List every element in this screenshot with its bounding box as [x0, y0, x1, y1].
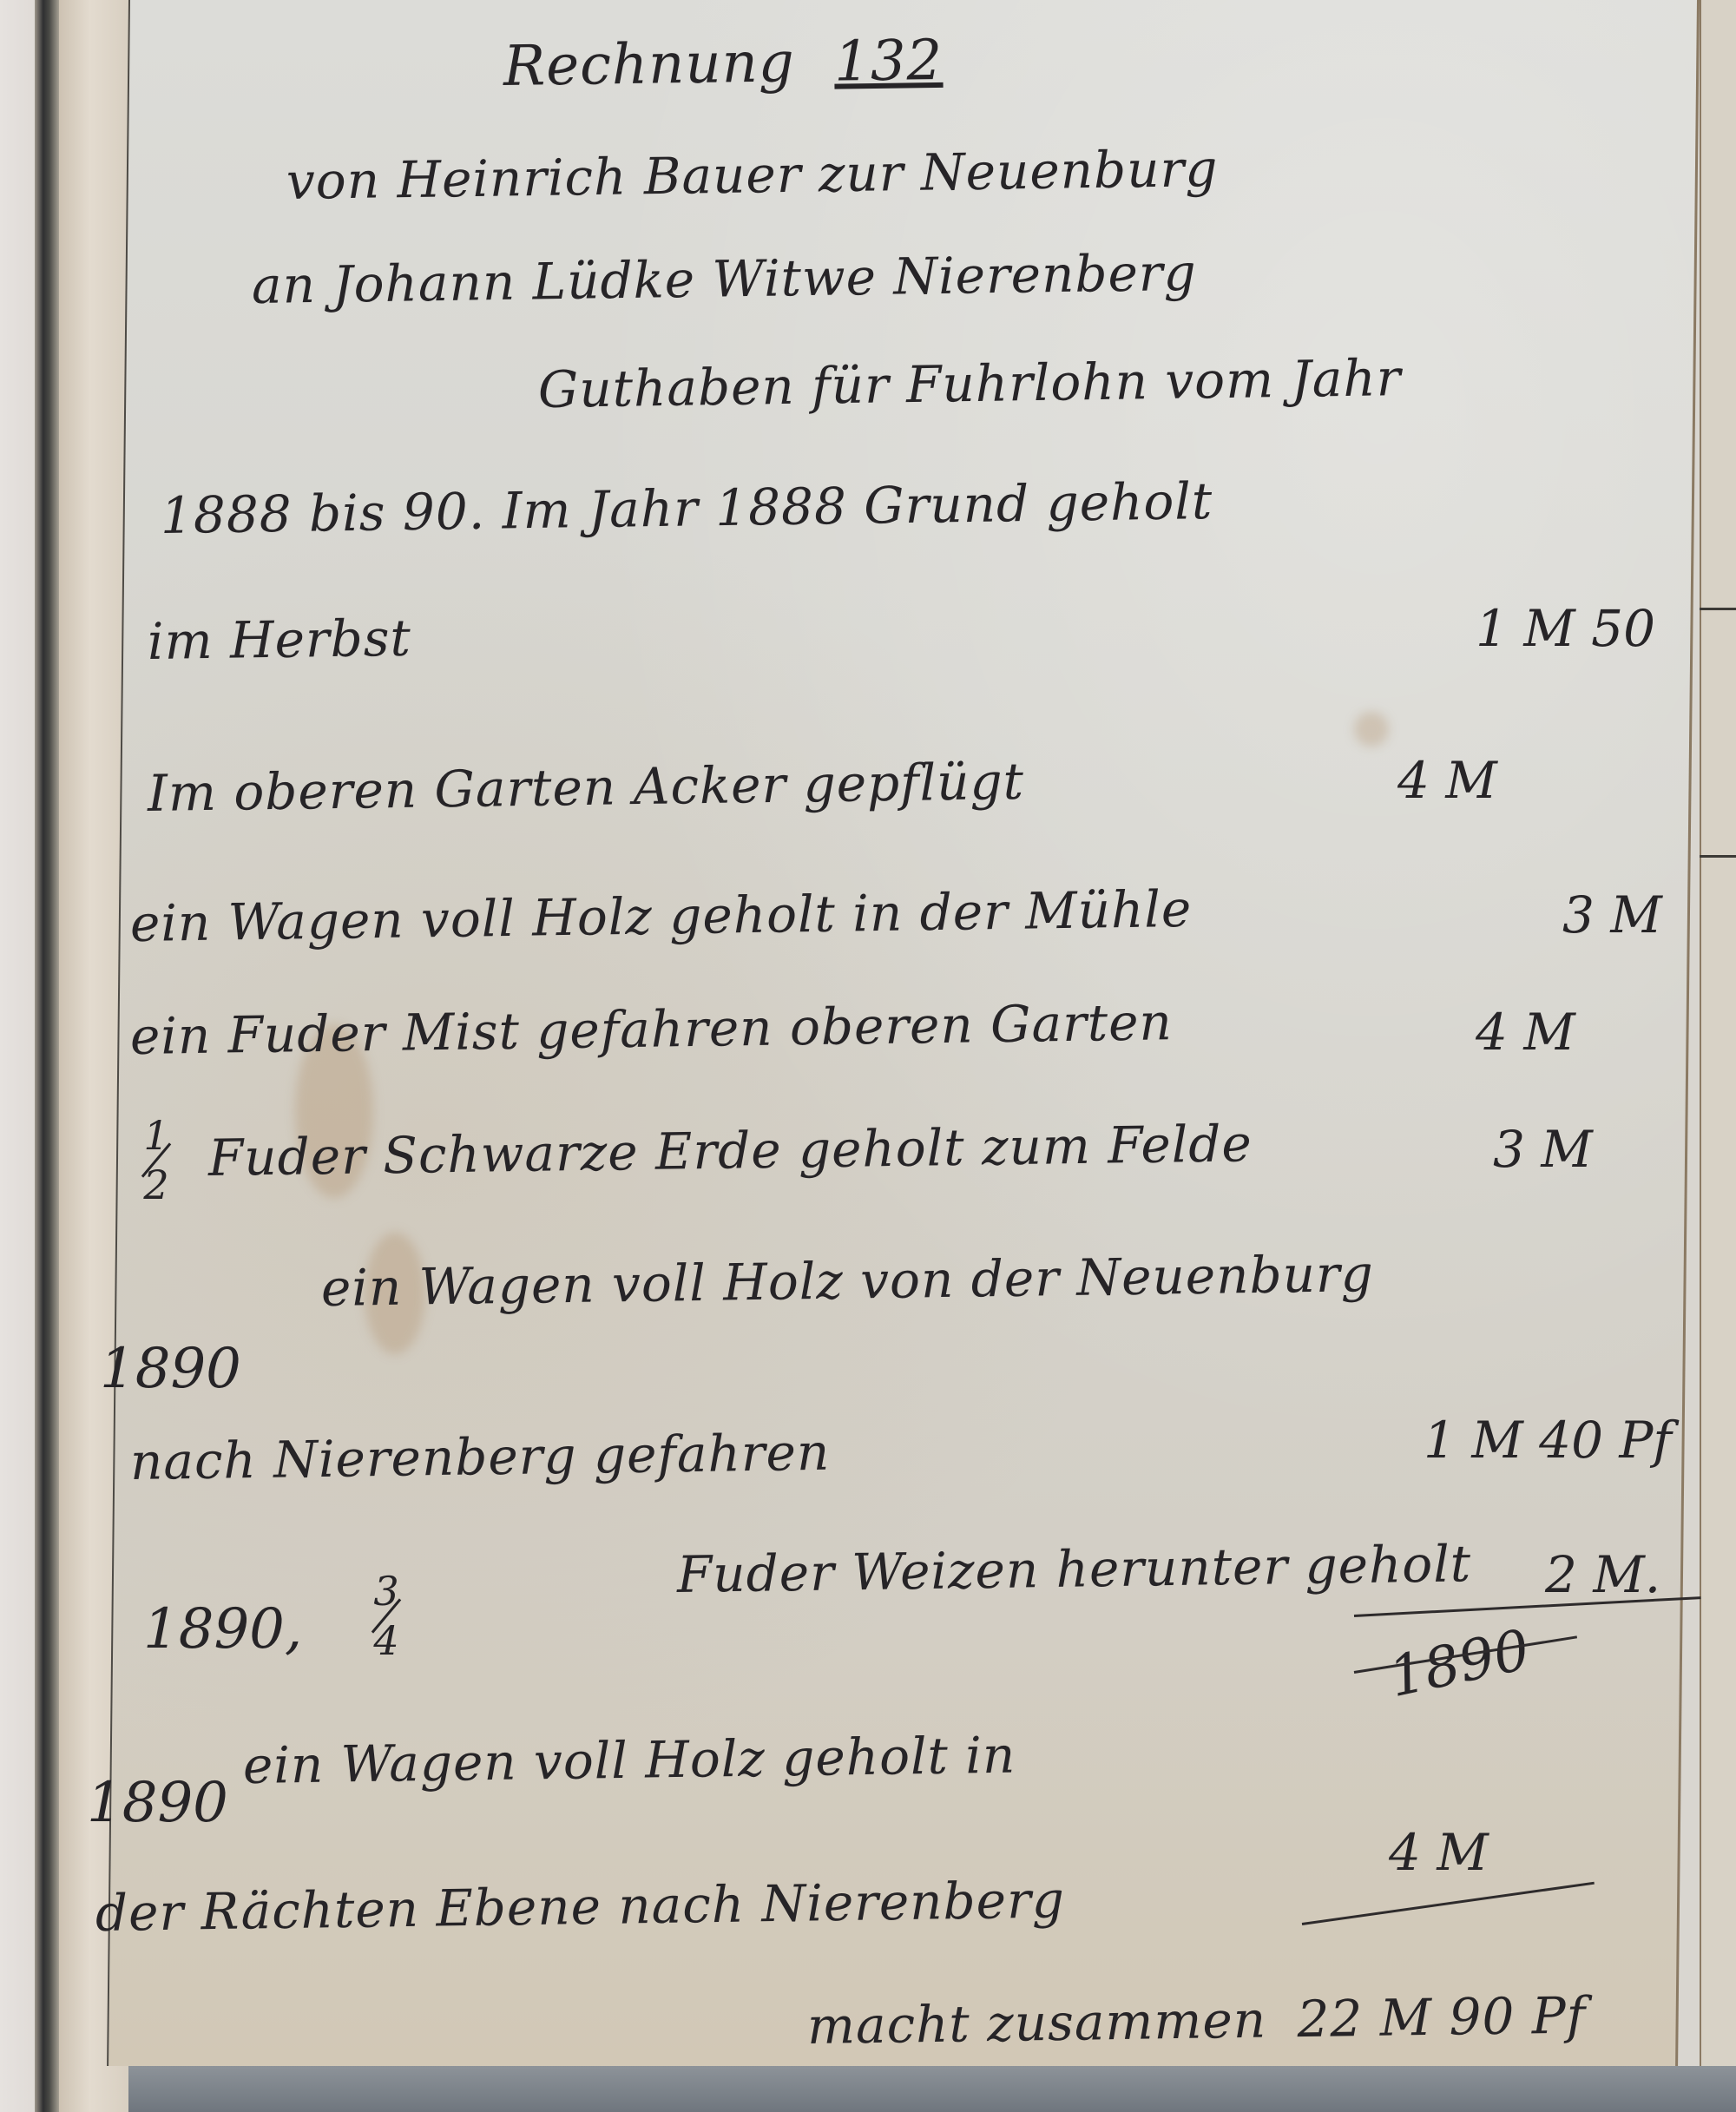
- invoice-number: 132: [834, 29, 944, 95]
- entry-amount: 2 M.: [1545, 1545, 1660, 1604]
- total-amount: 22 M 90 Pf: [1297, 1985, 1587, 2049]
- entry-text: nach Nierenberg gefahren: [130, 1423, 831, 1491]
- total-line: macht zusammen 22 M 90 Pf: [807, 1985, 1587, 2056]
- entry-amount: 1 M 40 Pf: [1424, 1411, 1672, 1470]
- entry-amount: 1 M 50: [1476, 599, 1655, 658]
- entry-margin-year: 1890: [87, 1771, 228, 1835]
- header-line-subject: Guthaben für Fuhrlohn vom Jahr: [538, 348, 1402, 419]
- invoice-title: Rechnung 132: [503, 29, 943, 99]
- entry-text: Fuder Weizen herunter geholt: [677, 1534, 1472, 1604]
- paper-stain: [1354, 712, 1389, 747]
- adjacent-page-rule: [1700, 855, 1736, 858]
- entry-amount: 3 M: [1493, 1120, 1593, 1179]
- entry-text: ein Wagen voll Holz geholt in: [243, 1726, 1016, 1795]
- entry-text: Im oberen Garten Acker gepflügt: [148, 752, 1025, 823]
- adjacent-page-rule: [1700, 608, 1736, 610]
- entry-amount: 4 M: [1476, 1003, 1575, 1062]
- book-binding: [35, 0, 59, 2112]
- entry-text: im Herbst: [148, 609, 412, 671]
- entry-amount: 3 M: [1562, 885, 1662, 944]
- entry-margin-year: 1890,: [143, 1597, 302, 1661]
- entry-margin-year: 1890: [100, 1337, 241, 1401]
- total-label: macht zusammen: [807, 1990, 1267, 2056]
- title-text: Rechnung: [503, 30, 795, 99]
- table-surface: [128, 2066, 1736, 2112]
- entry-amount: 4 M: [1397, 751, 1497, 810]
- entry-fraction: 3 4: [365, 1571, 408, 1661]
- entry-amount: 4 M: [1389, 1823, 1489, 1882]
- adjacent-page-edge: [1700, 0, 1736, 2066]
- entry-fraction: 1 2: [135, 1115, 178, 1205]
